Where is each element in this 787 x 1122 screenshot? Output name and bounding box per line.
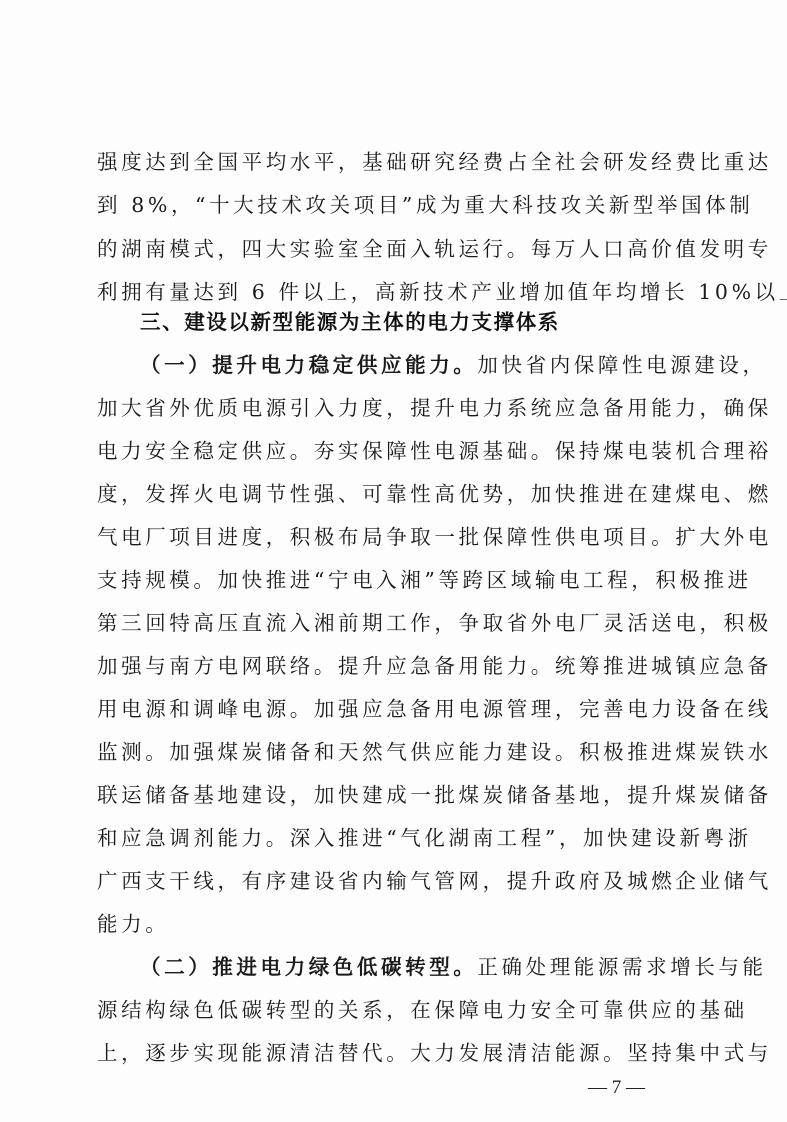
paragraph-line: 的湖南模式，四大实验室全面入轨运行。每万人口高价值发明专	[97, 236, 687, 262]
document-page: 强度达到全国平均水平，基础研究经费占全社会研发经费比重达 到 8%，“十大技术攻…	[0, 0, 787, 1122]
subsection-title: （二）推进电力绿色低碳转型。	[140, 955, 477, 979]
paragraph-line: 利拥有量达到 6 件以上，高新技术产业增加值年均增长 10%以上。	[97, 279, 687, 305]
subsection-title: （一）提升电力稳定供应能力。	[140, 353, 477, 377]
subsection-first-line: （二）推进电力绿色低碳转型。正确处理能源需求增长与能	[140, 954, 730, 980]
paragraph-line: 加强与南方电网联络。提升应急备用能力。统筹推进城镇应急备	[97, 653, 687, 679]
paragraph-line: 气电厂项目进度，积极布局争取一批保障性供电项目。扩大外电	[97, 524, 687, 550]
paragraph-line: 到 8%，“十大技术攻关项目”成为重大科技攻关新型举国体制	[97, 192, 687, 218]
paragraph-line: 上，逐步实现能源清洁替代。大力发展清洁能源。坚持集中式与	[97, 1040, 687, 1066]
paragraph-line: 能力。	[97, 911, 687, 937]
paragraph-line: 支持规模。加快推进“宁电入湘”等跨区域输电工程，积极推进	[97, 567, 687, 593]
paragraph-line: 度，发挥火电调节性强、可靠性高优势，加快推进在建煤电、燃	[97, 481, 687, 507]
subsection-text: 正确处理能源需求增长与能	[477, 955, 766, 979]
page-number: — 7 —	[588, 1076, 668, 1100]
paragraph-line: 监测。加强煤炭储备和天然气供应能力建设。积极推进煤炭铁水	[97, 739, 687, 765]
paragraph-line: 用电源和调峰电源。加强应急备用电源管理，完善电力设备在线	[97, 696, 687, 722]
paragraph-line: 加大省外优质电源引入力度，提升电力系统应急备用能力，确保	[97, 395, 687, 421]
subsection-first-line: （一）提升电力稳定供应能力。加快省内保障性电源建设，	[140, 352, 730, 378]
paragraph-line: 第三回特高压直流入湘前期工作，争取省外电厂灵活送电，积极	[97, 610, 687, 636]
paragraph-line: 电力安全稳定供应。夯实保障性电源基础。保持煤电装机合理裕	[97, 438, 687, 464]
paragraph-line: 联运储备基地建设，加快建成一批煤炭储备基地，提升煤炭储备	[97, 782, 687, 808]
subsection-text: 加快省内保障性电源建设，	[477, 353, 766, 377]
paragraph-line: 强度达到全国平均水平，基础研究经费占全社会研发经费比重达	[97, 149, 687, 175]
paragraph-line: 和应急调剂能力。深入推进“气化湖南工程”，加快建设新粤浙	[97, 825, 687, 851]
paragraph-line: 广西支干线，有序建设省内输气管网，提升政府及城燃企业储气	[97, 868, 687, 894]
section-heading: 三、建设以新型能源为主体的电力支撑体系	[140, 308, 560, 336]
paragraph-line: 源结构绿色低碳转型的关系，在保障电力安全可靠供应的基础	[97, 997, 687, 1023]
